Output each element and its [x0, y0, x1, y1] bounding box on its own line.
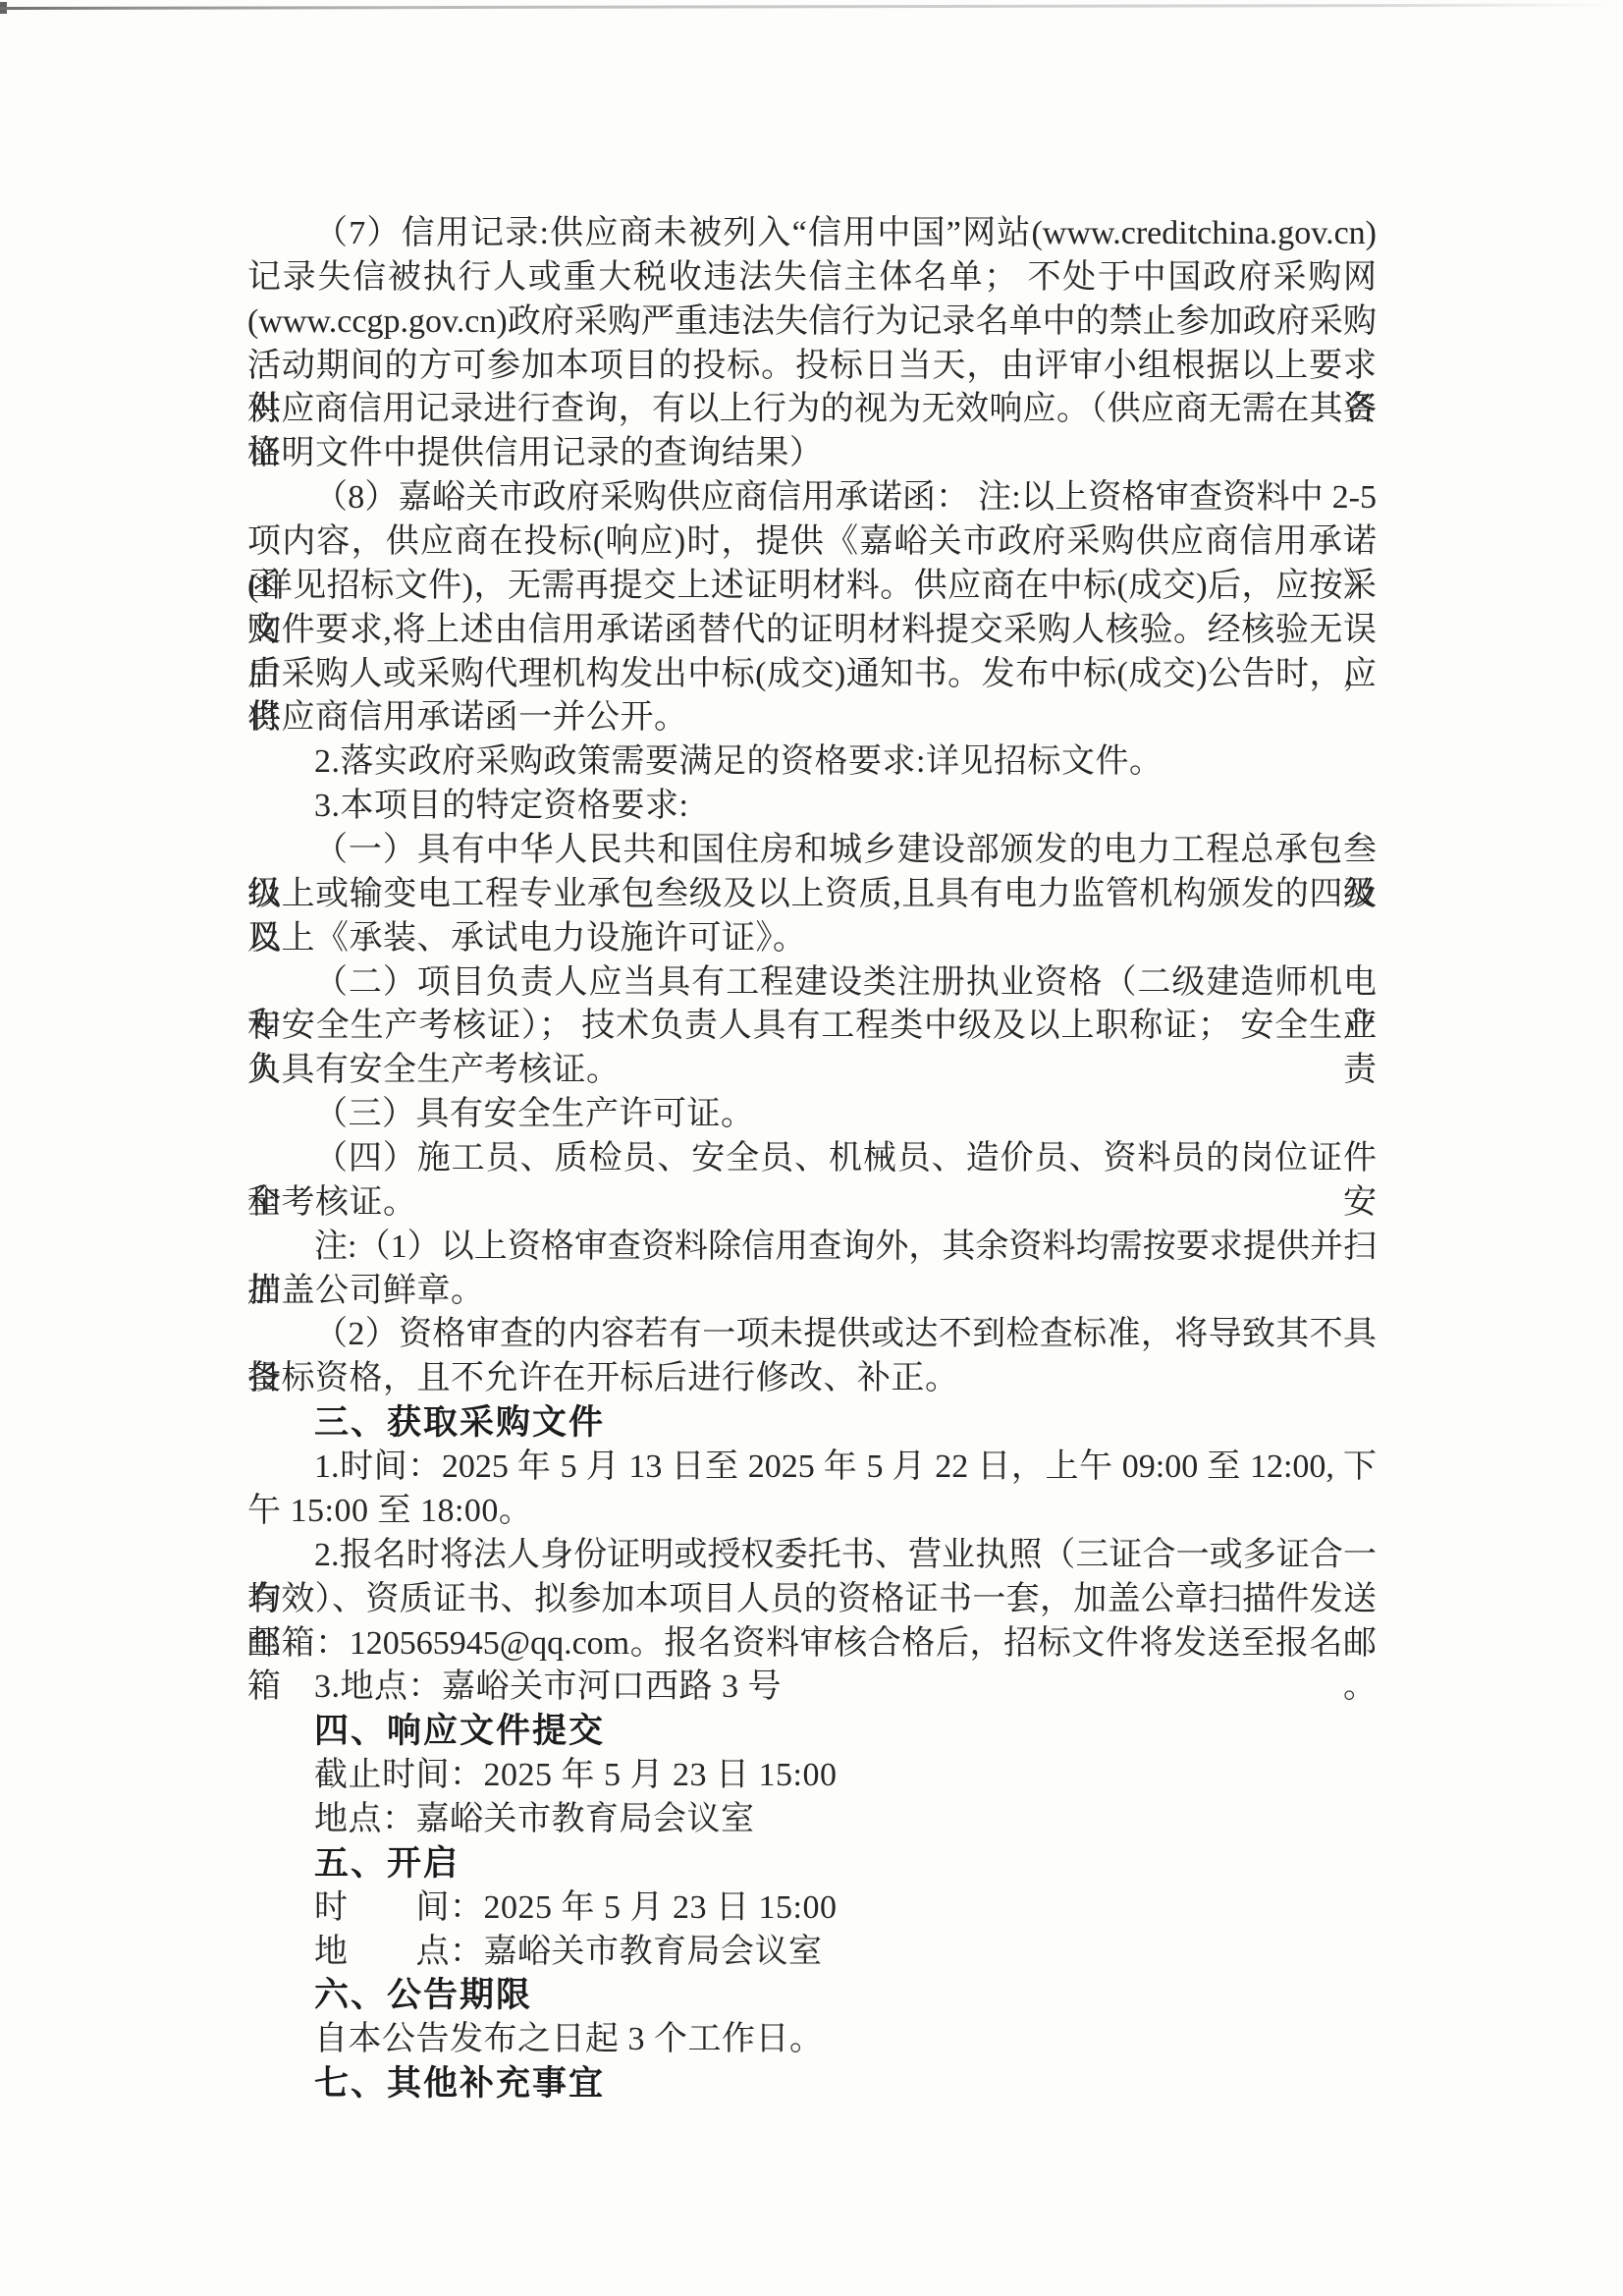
text-line: 和安全生产考核证）； 技术负责人具有工程类中级及以上职称证； 安全生产负责 [247, 1005, 1377, 1049]
text-line: 项内容，供应商在投标(响应)时，提供《嘉峪关市政府采购供应商信用承诺函》 [247, 520, 1377, 565]
text-line: 记录失信被执行人或重大税收违法失信主体名单； 不处于中国政府采购网 [247, 256, 1377, 301]
text-line: 邮箱：120565945@qq.com。报名资料审核合格后，招标文件将发送至报名… [247, 1622, 1377, 1667]
text-line: （7）信用记录:供应商未被列入“信用中国”网站(www.creditchina.… [247, 212, 1377, 256]
text-line: （二）项目负责人应当具有工程建设类注册执业资格（二级建造师机电专业 [247, 961, 1377, 1006]
text-line: 2.报名时将法人身份证明或授权委托书、营业执照（三证合一或多证合一均 [247, 1534, 1377, 1578]
text-line: 投标资格，且不允许在开标后进行修改、补正。 [247, 1357, 1377, 1401]
text-line: 加盖公司鲜章。 [247, 1270, 1377, 1314]
text-line: 供应商信用承诺函一并公开。 [247, 696, 1377, 740]
text-line: 截止时间：2025 年 5 月 23 日 15:00 [247, 1754, 1377, 1798]
text-line: 以上或输变电工程专业承包叁级及以上资质,且具有电力监管机构颁发的四级及 [247, 873, 1377, 917]
text-line: (www.ccgp.gov.cn)政府采购严重违法失信行为记录名单中的禁止参加政… [247, 301, 1377, 345]
text-line: 1.时间：2025 年 5 月 13 日至 2025 年 5 月 22 日，上午… [247, 1446, 1377, 1490]
text-line: （四）施工员、质检员、安全员、机械员、造价员、资料员的岗位证件和安 [247, 1137, 1377, 1181]
text-line: 活动期间的方可参加本项目的投标。投标日当天，由评审小组根据以上要求对各 [247, 345, 1377, 389]
text-line: 以上《承装、承试电力设施许可证》。 [247, 917, 1377, 961]
section-heading: 六、公告期限 [247, 1974, 1377, 2018]
section-heading: 七、其他补充事宜 [247, 2062, 1377, 2106]
text-line: 地 点：嘉峪关市教育局会议室 [247, 1931, 1377, 1975]
scan-artifact-line [0, 4, 1615, 10]
section-heading: 四、响应文件提交 [247, 1710, 1377, 1754]
text-line: 自本公告发布之日起 3 个工作日。 [247, 2018, 1377, 2062]
section-heading: 五、开启 [247, 1842, 1377, 1886]
text-line: 时 间：2025 年 5 月 23 日 15:00 [247, 1886, 1377, 1931]
text-line: 有效）、资质证书、拟参加本项目人员的资格证书一套，加盖公章扫描件发送至 [247, 1578, 1377, 1622]
text-line: 3.本项目的特定资格要求: [247, 785, 1377, 829]
document-page: （7）信用记录:供应商未被列入“信用中国”网站(www.creditchina.… [0, 0, 1623, 2296]
text-line: 午 15:00 至 18:00。 [247, 1490, 1377, 1534]
text-line: 地点：嘉峪关市教育局会议室 [247, 1798, 1377, 1842]
document-text-block: （7）信用记录:供应商未被列入“信用中国”网站(www.creditchina.… [247, 212, 1377, 2106]
text-line: 供应商信用记录进行查询，有以上行为的视为无效响应。（供应商无需在其资格 [247, 388, 1377, 432]
text-line: （三）具有安全生产许可证。 [247, 1093, 1377, 1137]
text-line: （8）嘉峪关市政府采购供应商信用承诺函： 注:以上资格审查资料中 2-5 [247, 476, 1377, 520]
text-line: （一）具有中华人民共和国住房和城乡建设部颁发的电力工程总承包叁级及 [247, 829, 1377, 873]
text-line: (详见招标文件)，无需再提交上述证明材料。供应商在中标(成交)后，应按采购 [247, 565, 1377, 609]
text-line: 证明文件中提供信用记录的查询结果） [247, 432, 1377, 476]
text-line: 注:（1）以上资格审查资料除信用查询外，其余资料均需按要求提供并扫描 [247, 1226, 1377, 1270]
text-line: （2）资格审查的内容若有一项未提供或达不到检查标准，将导致其不具备 [247, 1313, 1377, 1357]
text-line: 2.落实政府采购政策需要满足的资格要求:详见招标文件。 [247, 740, 1377, 785]
text-line: 由采购人或采购代理机构发出中标(成交)通知书。发布中标(成交)公告时，应将 [247, 653, 1377, 697]
text-line: 文件要求,将上述由信用承诺函替代的证明材料提交采购人核验。经核验无误后， [247, 609, 1377, 653]
section-heading: 三、获取采购文件 [247, 1401, 1377, 1446]
